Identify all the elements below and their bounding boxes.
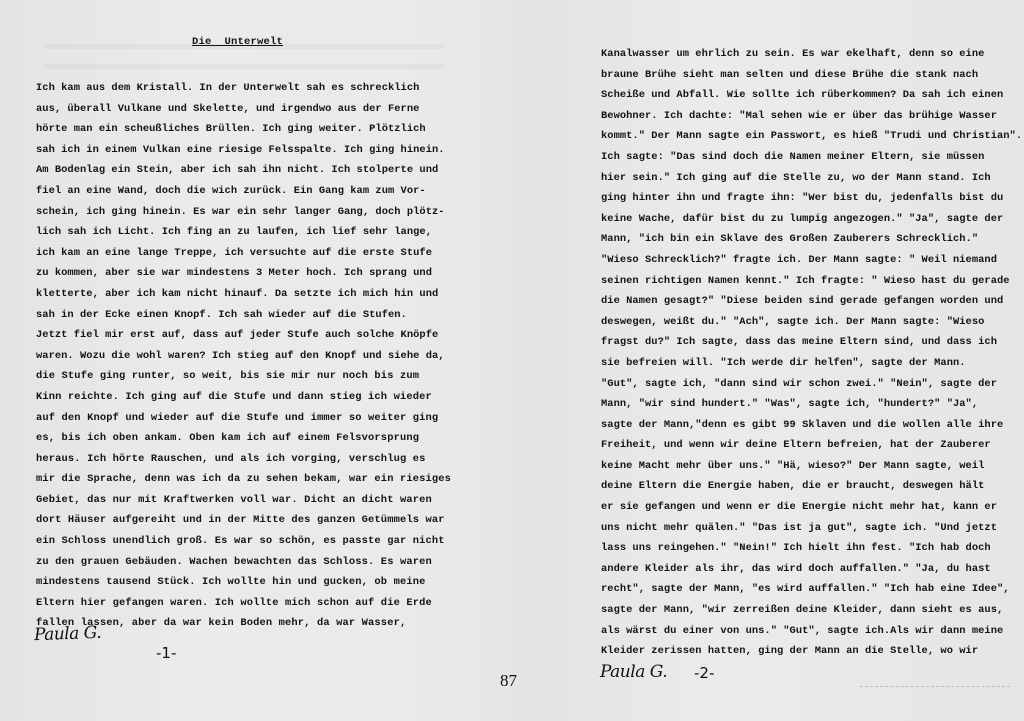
text-line: Kanalwasser um ehrlich zu sein. Es war e… — [601, 44, 1022, 65]
text-line: es, bis ich oben ankam. Oben kam ich auf… — [36, 428, 451, 449]
text-line: Am Bodenlag ein Stein, aber ich sah ihn … — [36, 160, 451, 181]
text-line: ging hinter ihn und fragte ihn: "Wer bis… — [601, 188, 1022, 209]
text-line: braune Brühe sieht man selten und diese … — [601, 65, 1022, 86]
text-line: Jetzt fiel mir erst auf, dass auf jeder … — [36, 325, 451, 346]
text-line: sagte der Mann, "wir zerreißen deine Kle… — [601, 600, 1022, 621]
text-line: mir die Sprache, denn was ich da zu sehe… — [36, 469, 451, 490]
text-line: deswegen, weißt du." "Ach", sagte ich. D… — [601, 312, 1022, 333]
text-line: sah ich in einem Vulkan eine riesige Fel… — [36, 140, 451, 161]
text-line: Ich kam aus dem Kristall. In der Unterwe… — [36, 78, 451, 99]
text-line: auf den Knopf und wieder auf die Stufe u… — [36, 408, 451, 429]
text-line: Eltern hier gefangen waren. Ich wollte m… — [36, 593, 451, 614]
text-line: Kleider zerissen hatten, ging der Mann a… — [601, 641, 1022, 662]
text-line: schein, ich ging hinein. Es war ein sehr… — [36, 202, 451, 223]
text-line: lich sah ich Licht. Ich fing an zu laufe… — [36, 222, 451, 243]
text-line: ich kam an eine lange Treppe, ich versuc… — [36, 243, 451, 264]
story-title: Die Unterwelt — [192, 36, 283, 48]
text-line: fragst du?" Ich sagte, dass das meine El… — [601, 332, 1022, 353]
text-line: er sie gefangen und wenn er die Energie … — [601, 497, 1022, 518]
right-page-text: Kanalwasser um ehrlich zu sein. Es war e… — [601, 44, 1022, 662]
text-line: keine Wache, dafür bist du zu lumpig ang… — [601, 209, 1022, 230]
text-line: Freiheit, und wenn wir deine Eltern befr… — [601, 435, 1022, 456]
text-line: Gebiet, das nur mit Kraftwerken voll war… — [36, 490, 451, 511]
text-line: ein Schloss unendlich groß. Es war so sc… — [36, 531, 451, 552]
left-page-text: Ich kam aus dem Kristall. In der Unterwe… — [36, 78, 451, 634]
text-line: lass uns reingehen." "Nein!" Ich hielt i… — [601, 538, 1022, 559]
handwritten-signature: Paula G. — [34, 623, 102, 645]
text-line: Scheiße und Abfall. Wie sollte ich rüber… — [601, 85, 1022, 106]
text-line: waren. Wozu die wohl waren? Ich stieg au… — [36, 346, 451, 367]
faint-rule-line — [860, 686, 1010, 687]
text-line: seinen richtigen Namen kennt." Ich fragt… — [601, 271, 1022, 292]
text-line: mindestens tausend Stück. Ich wollte hin… — [36, 572, 451, 593]
text-line: dort Häuser aufgereiht und in der Mitte … — [36, 510, 451, 531]
text-line: sah in der Ecke einen Knopf. Ich sah wie… — [36, 305, 451, 326]
left-page: Die Unterwelt Ich kam aus dem Kristall. … — [0, 0, 470, 721]
text-line: als wärst du einer von uns." "Gut", sagt… — [601, 621, 1022, 642]
right-page: Kanalwasser um ehrlich zu sein. Es war e… — [470, 0, 1024, 721]
page-number-mark: -2- — [694, 664, 714, 682]
text-line: keine Macht mehr über uns." "Hä, wieso?"… — [601, 456, 1022, 477]
text-line: heraus. Ich hörte Rauschen, und als ich … — [36, 449, 451, 470]
text-line: andere Kleider als ihr, das wird doch au… — [601, 559, 1022, 580]
text-line: "Wieso Schrecklich?" fragte ich. Der Man… — [601, 250, 1022, 271]
text-line: die Namen gesagt?" "Diese beiden sind ge… — [601, 291, 1022, 312]
text-line: Mann, "ich bin ein Sklave des Großen Zau… — [601, 229, 1022, 250]
text-line: "Gut", sagte ich, "dann sind wir schon z… — [601, 374, 1022, 395]
text-line: recht", sagte der Mann, "es wird auffall… — [601, 579, 1022, 600]
handwritten-signature: Paula G. — [600, 662, 667, 682]
text-line: hörte man ein scheußliches Brüllen. Ich … — [36, 119, 451, 140]
text-line: hier sein." Ich ging auf die Stelle zu, … — [601, 168, 1022, 189]
text-line: zu den grauen Gebäuden. Wachen bewachten… — [36, 552, 451, 573]
text-line: Ich sagte: "Das sind doch die Namen mein… — [601, 147, 1022, 168]
text-line: zu kommen, aber sie war mindestens 3 Met… — [36, 263, 451, 284]
text-line: kommt." Der Mann sagte ein Passwort, es … — [601, 126, 1022, 147]
text-line: aus, überall Vulkane und Skelette, und i… — [36, 99, 451, 120]
text-line: uns nicht mehr quälen." "Das ist ja gut"… — [601, 518, 1022, 539]
text-line: deine Eltern die Energie haben, die er b… — [601, 476, 1022, 497]
text-line: die Stufe ging runter, so weit, bis sie … — [36, 366, 451, 387]
text-line: sie befreien will. "Ich werde dir helfen… — [601, 353, 1022, 374]
page-number-mark: -1- — [156, 644, 176, 662]
text-line: Bewohner. Ich dachte: "Mal sehen wie er … — [601, 106, 1022, 127]
text-line: kletterte, aber ich kam nicht hinauf. Da… — [36, 284, 451, 305]
text-line: sagte der Mann,"denn es gibt 99 Sklaven … — [601, 415, 1022, 436]
text-line: fiel an eine Wand, doch die wich zurück.… — [36, 181, 451, 202]
text-line: Kinn reichte. Ich ging auf die Stufe und… — [36, 387, 451, 408]
text-line: Mann, "wir sind hundert." "Was", sagte i… — [601, 394, 1022, 415]
